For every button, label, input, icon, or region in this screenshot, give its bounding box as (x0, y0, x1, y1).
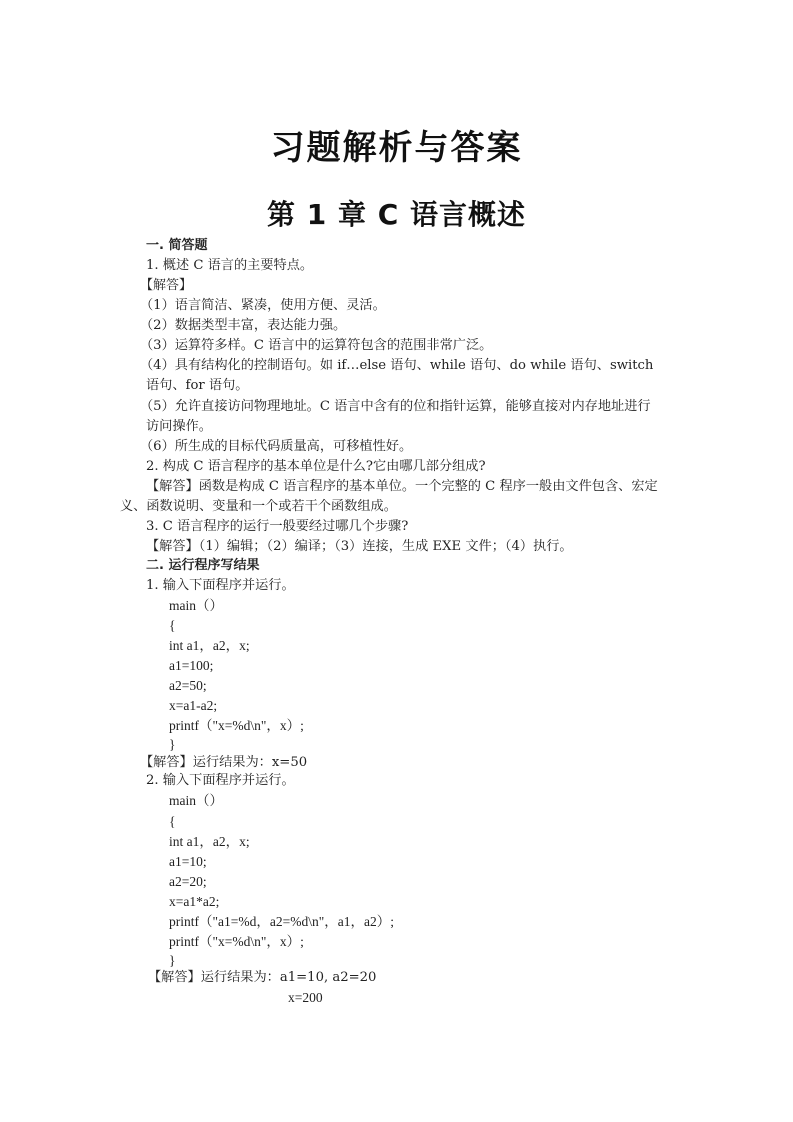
code-line: a1=100; (169, 656, 213, 676)
code-line: { (169, 616, 175, 636)
code-line: { (169, 812, 175, 832)
program-question-2: 2. 输入下面程序并运行。 (146, 771, 295, 791)
code-line: main（） (169, 791, 223, 811)
answer-point-4-cont: 语句、for 语句。 (146, 376, 248, 396)
document-page: 习题解析与答案 第 1 章 C 语言概述 一. 简答题 1. 概述 C 语言的主… (0, 0, 793, 1122)
answer-point-6: （6）所生成的目标代码质量高，可移植性好。 (140, 437, 412, 457)
code-line: int a1，a2，x; (169, 636, 250, 656)
code-line: printf（"x=%d\n"，x）; (169, 932, 304, 952)
answer-2-line1: 【解答】函数是构成 C 语言程序的基本单位。一个完整的 C 程序一般由文件包含、… (146, 477, 658, 497)
section-heading-run-program: 二. 运行程序写结果 (146, 556, 259, 576)
code-line: a2=50; (169, 676, 207, 696)
question-1: 1. 概述 C 语言的主要特点。 (146, 256, 313, 276)
question-3: 3. C 语言程序的运行一般要经过哪几个步骤? (146, 517, 408, 537)
code-line: printf（"a1=%d，a2=%d\n"，a1，a2）; (169, 912, 394, 932)
program-answer-1: 【解答】运行结果为：x=50 (140, 753, 307, 773)
program-answer-2: 【解答】运行结果为：a1=10, a2=20 (148, 968, 376, 988)
main-title: 习题解析与答案 (0, 120, 793, 169)
chapter-title: 第 1 章 C 语言概述 (0, 193, 793, 233)
answer-point-3: （3）运算符多样。C 语言中的运算符包含的范围非常广泛。 (140, 336, 492, 356)
answer-2-line2: 义、函数说明、变量和一个或若干个函数组成。 (120, 497, 397, 517)
program-answer-2-cont: x=200 (288, 988, 323, 1008)
code-line: int a1，a2，x; (169, 832, 250, 852)
answer-3: 【解答】（1）编辑；（2）编译；（3）连接，生成 EXE 文件；（4）执行。 (146, 537, 573, 557)
answer-point-5-cont: 访问操作。 (146, 417, 212, 437)
code-line: a2=20; (169, 872, 207, 892)
code-line: x=a1*a2; (169, 892, 219, 912)
code-line: } (169, 735, 175, 755)
code-line: printf（"x=%d\n"，x）; (169, 716, 304, 736)
section-heading-short-answer: 一. 简答题 (146, 236, 207, 256)
answer-point-4: （4）具有结构化的控制语句。如 if…else 语句、while 语句、do w… (140, 356, 653, 376)
program-question-1: 1. 输入下面程序并运行。 (146, 576, 295, 596)
code-line: x=a1-a2; (169, 696, 217, 716)
answer-point-1: （1）语言简洁、紧凑，使用方便、灵活。 (140, 296, 386, 316)
answer-point-5: （5）允许直接访问物理地址。C 语言中含有的位和指针运算，能够直接对内存地址进行 (140, 397, 651, 417)
code-line: main（） (169, 596, 223, 616)
answer-point-2: （2）数据类型丰富，表达能力强。 (140, 316, 346, 336)
answer-label: 【解答】 (140, 276, 192, 296)
code-line: a1=10; (169, 852, 207, 872)
question-2: 2. 构成 C 语言程序的基本单位是什么?它由哪几部分组成? (146, 457, 486, 477)
